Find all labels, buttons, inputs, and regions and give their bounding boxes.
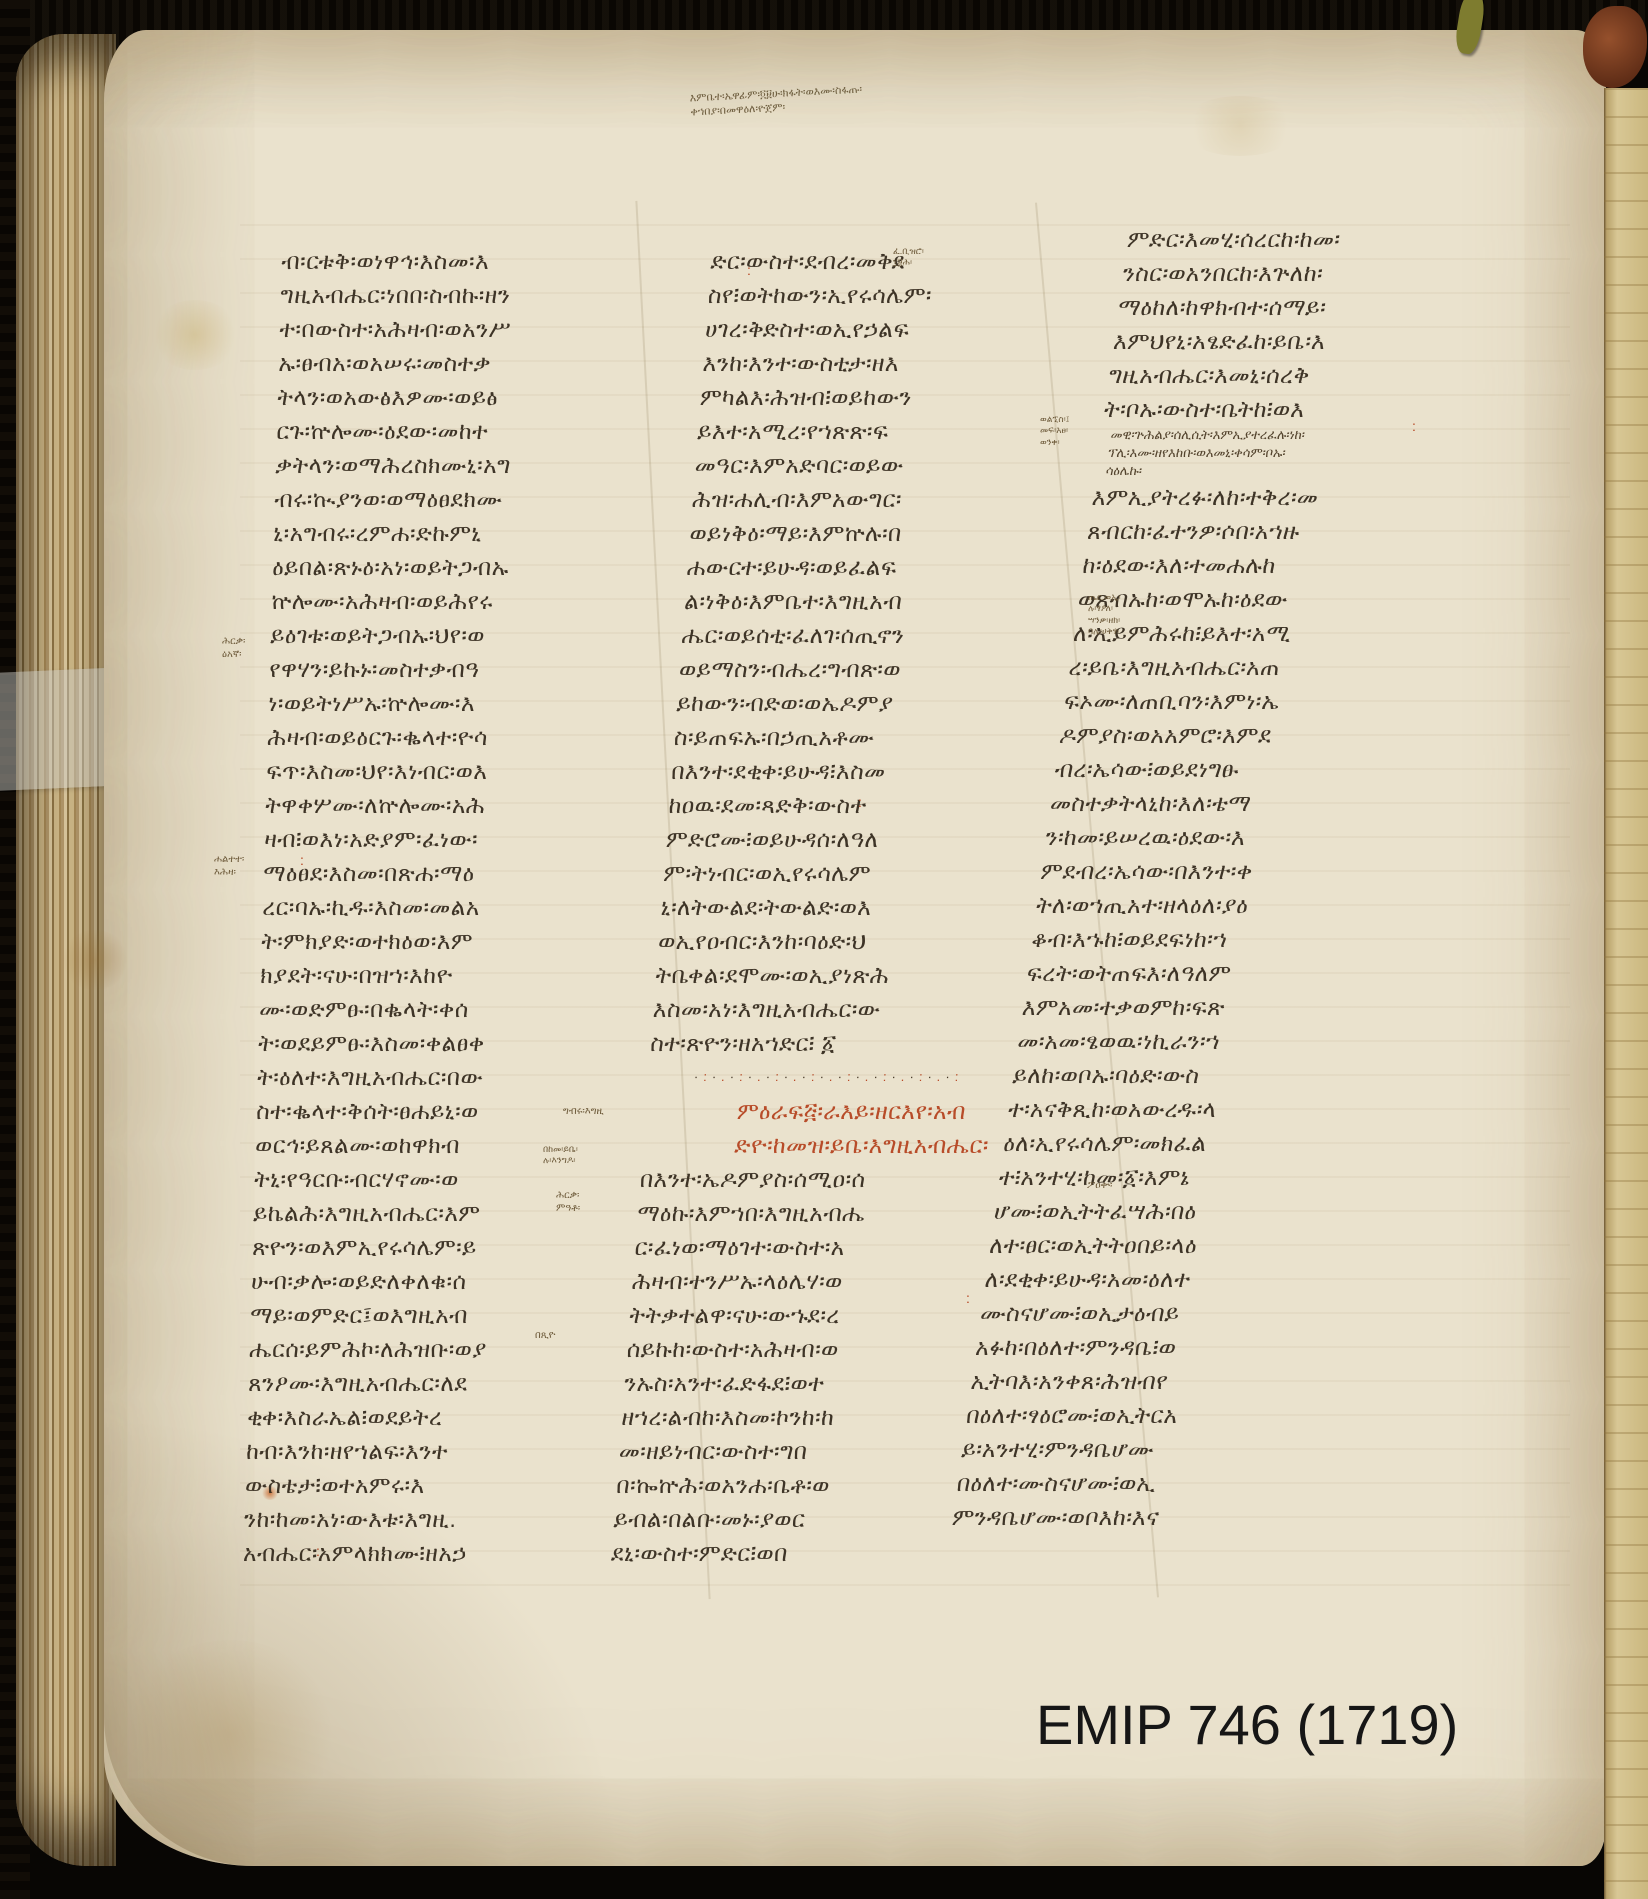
geez-text-line: ግዚአብሔር፡ነበበ፡ስብኩ፡ዘን [280, 278, 701, 312]
geez-text-line: ይ፡አንተሂ፡ምንዳቤሆሙ [960, 1432, 1381, 1466]
chapter-rubric: ምዕራፍ፭፡ራእይ፡ዘርእየ፡አብድዮ፡ከመዝ፡ይቤ፡እግዚአብሔር፡ [641, 1094, 1002, 1162]
left-margin-note: ሐልተተ፡እሕዛ፡ [214, 854, 244, 879]
geez-text-line: ወይነቅዕ፡ማይ፡እምኵሉ፡በ [688, 516, 1047, 550]
geez-text-line: ሆሙ፧ወኢትትፈሣሕ፡በዕ [992, 1194, 1413, 1228]
col3-side-note: ጤር.ወኢ፡ሉ፡ፃዖለ፡ሣንቃ፡ዘክ፡ባሌ፡ሀቅፃ፡ [1088, 592, 1121, 637]
geez-text-line: ብሩ፡ኲያንወ፡ወማዕፀደክሙ [274, 482, 695, 516]
geez-text-line: ለ፡ደቂቀ፡ይሁዳ፡አመ፡ዕለተ [983, 1262, 1404, 1296]
geez-text-line: ዕለ፡ኢየሩሳሌም፡መክፈል [1002, 1126, 1423, 1160]
geez-text-line: በእንተ፡ኤዶምያስ፡ሰሚዐ፡ሰ [639, 1162, 998, 1196]
geez-text-line: አፉከ፡በዕለተ፡ምንዳቤ፧ወ [974, 1330, 1395, 1364]
geez-text-line: እምአመ፡ተቃወምከ፡ፍጽ [1020, 990, 1441, 1024]
geez-text-line: ት፡ወደይምፁ፡እስመ፡ቀልፀቀ [258, 1026, 679, 1060]
geez-text-line: ሰይኩከ፡ውስተ፡አሕዛብ፡ወ [626, 1332, 985, 1366]
geez-text-line: ኢትባእ፡አንቀጸ፡ሕዝብየ [969, 1364, 1390, 1398]
geez-text-line: ትዋቀሦሙ፡ለኵሎሙ፡አሕ [265, 788, 686, 822]
geez-text-line: ንኡስ፡አንተ፡ፈድፋደ፧ወተ [623, 1366, 982, 1400]
geez-text-line: ሕዛብ፡ወይዕርጉ፡ቈላተ፡ዮሳ [267, 720, 688, 754]
interlinear-gloss: መዊ፡ጕሕልያ፡ሰሊሲት፡እምኢያተረፈሉ፡ነከ፡ፕሊ፡እሙ፡ዘየእከቡ፡ወእመ… [1095, 426, 1518, 480]
geez-text-line: ጸንዖሙ፡እግዚአብሔር፡ለደ [248, 1366, 669, 1400]
section-divider-ornament: ·:·.·:·.·:·.·:·.·:·.·:·.·:·.·: [647, 1060, 1006, 1094]
margin-note-line: : [966, 1290, 970, 1308]
geez-text-line: ምንዳቤሆሙ፡ወቦእከ፡እና [950, 1500, 1371, 1534]
col3-upper-block: ምድር፡እመሂ፡ሰረርከ፡ከመ፡ንስር፡ወአንበርከ፡እጕለከ፡ማዕከለ፡ከዋክ… [1102, 222, 1546, 426]
geez-text-line: ፍረት፡ወትጠፍእ፡ለዓለም [1025, 956, 1446, 990]
margin-note-line: ወልኚስ፡፤ [1040, 414, 1069, 425]
margin-note-line: : [1412, 418, 1416, 436]
geez-text-line: ወጸብኡከ፡ወሞኡከ፡ዕደው [1076, 582, 1497, 616]
rubric-line: ምዕራፍ፭፡ራእይ፡ዘርእየ፡አብ [644, 1094, 1003, 1128]
geez-text-line: ዘኀረ፡ልብከ፡እስመ፡ኮንከ፡ከ [620, 1400, 979, 1434]
geez-text-line: ወኢየዐብር፡እንከ፡ባዕድ፡ህ [657, 924, 1016, 958]
gloss-line: ሳዕሌኩ፡ [1095, 462, 1513, 480]
red-ink-mark: : [858, 794, 862, 812]
geez-text-line: ከ፡ዕደው፡እለ፡ተመሐሉከ [1081, 548, 1502, 582]
geez-text-line: ቆብ፡እኁከ፧ወይደፍነከ፡ኀ [1029, 922, 1450, 956]
geez-text-line: ይከውን፡ብድወ፡ወኤዶምያ [675, 686, 1034, 720]
gloss-line: መዊ፡ጕሕልያ፡ሰሊሲት፡እምኢያተረፈሉ፡ነከ፡ [1100, 426, 1518, 444]
geez-text-line: ተ፡በውስተ፡አሕዛብ፡ወአንሥ [279, 312, 700, 346]
left-margin-note: ሕርቃ፡ዕአኛ፡ [222, 636, 245, 661]
geez-text-line: ዶምያስ፡ወአአምሮ፡እምደ [1057, 718, 1478, 752]
geez-text-line: ንስር፡ወአንበርከ፡እጕለከ፡ [1121, 256, 1542, 290]
geez-text-line: ተ፧አንተሂ፡ከመ፡፩፡እምኔ [997, 1160, 1418, 1194]
geez-text-line: ክያደት፡ናሁ፡በዝኀ፡እከዮ [260, 958, 681, 992]
geez-text-line: ስተ፡ቈላተ፡ቅሰት፡ፀሐይኒ፡ወ [256, 1094, 677, 1128]
geez-text-line: ጽዮን፡ወእምኢየሩሳሌም፡ይ [252, 1230, 673, 1264]
geez-text-line: በዕለተ፡ፃዕሮሙ፧ወኢትርአ [964, 1398, 1385, 1432]
margin-note-line: ሣንቃ፡ዘክ፡ [1088, 615, 1121, 626]
gloss-line: ፕሊ፡እሙ፡ዘየእከቡ፡ወእመኒ፡ቀሳም፡ቦኡ፡ [1097, 444, 1515, 462]
geez-text-line: ኡ፡ፀብአ፡ወአሠሩ፡መስተቃ [278, 346, 699, 380]
margin-note-line: በጺዮ [535, 1330, 555, 1343]
geez-text-line: ይእተ፡አሚረ፡የኀጽጽ፡ፍ [696, 414, 1055, 448]
col2-left-note: ሕርቃ፡ምዓቶ፡ [556, 1190, 580, 1215]
margin-note-line: ምዓቶ፡ [556, 1203, 580, 1216]
geez-text-line: ከብ፡እንከ፡ዘየኀልፍ፡እንተ [246, 1434, 667, 1468]
rubric-gloss-note: ግብሩ፡እግዚ [563, 1106, 604, 1119]
geez-text-line: ሔርሰ፡ይምሕኮ፡ለሕዝቡ፡ወያ [249, 1332, 670, 1366]
geez-text-line: ማዕኩ፡እምኀበ፡እግዚአብሔ [636, 1196, 995, 1230]
margin-note-line: ወንቀ፡ [1040, 437, 1069, 448]
geez-text-line: ል፡ነቅዕ፡እምቤተ፡እግዚአብ [683, 584, 1042, 618]
margin-note-line: : [747, 262, 751, 280]
geez-text-line: ከዐዉ፡ደመ፡ጻድቅ፡ውስተ [668, 788, 1027, 822]
geez-text-line: እስመ፡አነ፡እግዚአብሔር፡ው [652, 992, 1011, 1026]
geez-text-line: ት፡ዕለተ፡እግዚአብሔር፡በው [257, 1060, 678, 1094]
geez-text-line: ለ፡ኢይምሕሩከ፧ይእተ፡አሚ [1071, 616, 1492, 650]
margin-note-line: ፈ.ቢዝሮ፡ [893, 246, 924, 257]
geez-text-line: ትትቃተልዋ፡ናሁ፡ውኁደ፡ረ [628, 1298, 987, 1332]
geez-text-line: ጸብርከ፡ፈተንዎ፡ሶበ፡አኀዙ [1085, 514, 1506, 548]
geez-text-line: ትላን፡ወአውፅእዎሙ፡ወይፅ [277, 380, 698, 414]
geez-text-line: ት፡ቦኡ፡ውስተ፡ቤትከ፧ወእ [1102, 392, 1523, 426]
geez-text-line: ም፡ትነብር፡ወኢየሩሳሌም [662, 856, 1021, 890]
geez-text-line: ስተ፡ጽዮን፡ዘአኀድር፧ ፩ [649, 1026, 1008, 1060]
geez-text-line: ት፡ምክያድ፡ወተክዕወ፡እም [261, 924, 682, 958]
geez-text-line: ግዚአብሔር፡እመኒ፡ሰረቅ [1107, 358, 1528, 392]
geez-text-line: ውስቴታ፧ወተአምሩ፡እ [245, 1468, 666, 1502]
photo-stage: ብ፡ርቱቅ፡ወነዋኅ፡እስመ፡እግዚአብሔር፡ነበበ፡ስብኩ፡ዘንተ፡በውስተ፡… [0, 0, 1648, 1899]
geez-text-line: ትኒ፡የዓርቡ፡ብርሃኖሙ፡ወ [254, 1162, 675, 1196]
margin-note-line: ጤር.ወኢ፡ [1088, 592, 1121, 603]
geez-text-line: ምድሮሙ፧ወይሁዳሰ፡ለዓለ [665, 822, 1024, 856]
geez-text-line: ሙስናሆሙ፧ወኢታዕብይ [978, 1296, 1399, 1330]
geez-text-line: ኒ፡ለትውልደ፡ትውልድ፡ወእ [660, 890, 1019, 924]
geez-text-line: ይኬልሕ፡እግዚአብሔር፡እም [253, 1196, 674, 1230]
margin-note-line: ፲፱ሕ፡ [893, 257, 924, 268]
geez-text-line: ኒ፡አግብሩ፡ረምሐ፡ድኩምኒ [273, 516, 694, 550]
geez-text-line: እምኢያትረፉ፡ለከ፡ተቅረ፡መ [1090, 480, 1511, 514]
geez-text-line: ኵሎሙ፡አሕዛብ፡ወይሕየሩ [271, 584, 692, 618]
geez-text-line: ደኒ፡ውስተ፡ምድር፧ወበ [610, 1536, 969, 1570]
rubric-gloss-note: በከመ፡ይቤ፡ሉ፡እንግዶ፡ [543, 1144, 578, 1167]
geez-text-line: ዛብ፧ወእነ፡አድያም፡ፈነው፡ [264, 822, 685, 856]
geez-text-line: በ፡ኰኵሕ፡ወአንሐ፡ቤቶ፡ወ [615, 1468, 974, 1502]
geez-text-line: ፍኦሙ፡ለጠቢባን፡እምነ፡ኤ [1062, 684, 1483, 718]
intercolumn-note: ፈ.ቢዝሮ፡፲፱ሕ፡ [893, 246, 924, 269]
red-ink-mark: : [1412, 418, 1416, 436]
margin-note-line: ሕርቃ፡ [556, 1190, 580, 1203]
geez-text-line: ሙ፡ወድምፁ፡በቈላት፡ቀሰ [259, 992, 680, 1026]
geez-text-line: ርጉ፡ኵሎሙ፡ዕደው፡መከተ [276, 414, 697, 448]
geez-text-line: ለተ፡ፀር፡ወኢትትዐበይ፡ላዕ [988, 1228, 1409, 1262]
margin-note-line: ሉ፡ፃዖለ፡ [1088, 603, 1121, 614]
geez-text-line: ማዕከለ፡ከዋክብተ፡ሰማይ፡ [1116, 290, 1537, 324]
facing-page-ruling [1604, 88, 1648, 1899]
facing-page-edge [1604, 88, 1648, 1899]
geez-text-line: ተ፡አናቅጺከ፡ወአውረዱ፡ላ [1006, 1092, 1427, 1126]
margin-note-line: : [858, 794, 862, 812]
geez-text-line: መዓር፡እምአድባር፡ወይው [694, 448, 1053, 482]
geez-text-line: ምደብረ፡ኤሳው፡በእንተ፡ቀ [1039, 854, 1460, 888]
geez-text-line: ረ፡ይቤ፡እግዚአብሔር፡አጠ [1067, 650, 1488, 684]
book-page-stack-edge [16, 34, 116, 1866]
red-ink-mark: : [300, 852, 304, 870]
geez-text-line: እንከ፡እንተ፡ውስቲታ፡ዘእ [702, 346, 1061, 380]
col3-left-note: ፖዐቍ፡ [1087, 1180, 1112, 1193]
margin-note-line: መፍ፡አፀ፡ [1040, 425, 1069, 436]
divider-mark: : [954, 1069, 964, 1084]
col2-left-note: በጺዮ [535, 1330, 555, 1343]
geez-text-line: ወይማስን፡ብሔረ፡ግብጽ፡ወ [678, 652, 1037, 686]
rubric-line: ድዮ፡ከመዝ፡ይቤ፡እግዚአብሔር፡ [641, 1128, 1000, 1162]
geez-text-line: ፍጥ፡እስመ፡ህየ፡እነብር፡ወእ [266, 754, 687, 788]
margin-note-line: : [316, 1543, 320, 1561]
geez-text-line: ማዕፀደ፡እስመ፡በጽሐ፡ማዕ [263, 856, 684, 890]
geez-text-line: መስተቃትላኒከ፡እለ፡ቴማ [1048, 786, 1469, 820]
geez-text-line: ይብል፡በልቡ፡መኑ፡ያወር [613, 1502, 972, 1536]
geez-text-line: ምድር፡እመሂ፡ሰረርከ፡ከመ፡ [1125, 222, 1546, 256]
margin-note-line: ፖዐቍ፡ [1087, 1180, 1112, 1193]
geez-text-line: ዕይበል፡ጽኑዕ፡አነ፡ወይትጋብኡ [272, 550, 693, 584]
geez-text-line: ብረ፡ኤሳው፧ወይደነግፁ [1053, 752, 1474, 786]
leather-binding-corner [1583, 6, 1647, 88]
geez-text-line: መ፡አመ፡ፄወዉ፡ነኪራን፡ኀ [1015, 1024, 1436, 1058]
geez-text-line: መ፡ዘይነብር፡ውስተ፡ግበ [618, 1434, 977, 1468]
margin-note-line: ዕአኛ፡ [222, 649, 245, 662]
geez-text-line: አብሔር፡አምላክክሙ፧ዘአኃ [243, 1536, 664, 1570]
col2-upper-block: ድር፡ውስተ፡ደብረ፡መቅደስየ፧ወትከውን፡ኢየሩሳሌም፡ሀገረ፡ቅድስተ፡ወ… [649, 244, 1068, 1060]
geez-text-line: ረር፡ባኡ፡ኪዱ፡እስመ፡መልአ [262, 890, 683, 924]
margin-note-line: ባሌ፡ሀቅፃ፡ [1088, 626, 1121, 637]
geez-text-line: ቃትላን፡ወማሕረስክሙኒ፡አግ [275, 448, 696, 482]
geez-text-line: የዋሃን፡ይኩኑ፡መስተቃብዓ [269, 652, 690, 686]
margin-note-line: በከመ፡ይቤ፡ [543, 1144, 578, 1155]
emip-catalog-label: EMIP 746 (1719) [1036, 1692, 1458, 1757]
geez-text-line: ሐውርተ፡ይሁዳ፡ወይፈልፍ [686, 550, 1045, 584]
geez-text-line: ትለ፡ወኀጢአተ፡ዘላዕለ፡ያዕ [1034, 888, 1455, 922]
geez-text-line: ቂቀ፡እስራኤል፧ወደይትረ [247, 1400, 668, 1434]
red-ink-mark: : [747, 262, 751, 280]
red-ink-mark: : [316, 1543, 320, 1561]
geez-text-line: በዕለተ፡ሙስናሆሙ፧ወኢ [955, 1466, 1376, 1500]
geez-text-line: ምካልእ፡ሕዝብ፧ወይከውን [699, 380, 1058, 414]
margin-note-line: ግብሩ፡እግዚ [563, 1106, 604, 1119]
margin-note-line: ሐልተተ፡ [214, 854, 244, 867]
geez-text-line: ስ፡ይጠፍኡ፡በኃጢአቶሙ [673, 720, 1032, 754]
geez-text-line: ን፡ከመ፡ይሠረዉ፡ዕደው፡እ [1043, 820, 1464, 854]
margin-note-line: ሉ፡እንግዶ፡ [543, 1155, 578, 1166]
geez-text-line: ስየ፧ወትከውን፡ኢየሩሳሌም፡ [707, 278, 1066, 312]
geez-text-line: ይዕገቱ፡ወይትጋብኡ፡ህየ፡ወ [270, 618, 691, 652]
geez-text-line: ንከ፡ከመ፡አነ፡ውእቱ፡እግዚ. [244, 1502, 665, 1536]
geez-text-line: ብ፡ርቱቅ፡ወነዋኅ፡እስመ፡እ [281, 244, 702, 278]
geez-text-line: ነ፡ወይትነሥኡ፡ኵሎሙ፡እ [268, 686, 689, 720]
geez-text-line: እምህየኒ፡አፄድፈከ፡ይቤ፡እ [1111, 324, 1532, 358]
geez-text-line: ማይ፡ወምድር፤ወእግዚአብ [250, 1298, 671, 1332]
red-ink-mark: : [966, 1290, 970, 1308]
margin-note-line: እሕዛ፡ [214, 867, 244, 880]
col3-side-note: ወልኚስ፡፤መፍ፡አፀ፡ወንቀ፡ [1040, 414, 1069, 448]
margin-note-line: ሕርቃ፡ [222, 636, 245, 649]
col2-lower-block: በእንተ፡ኤዶምያስ፡ሰሚዐ፡ሰማዕኩ፡እምኀበ፡እግዚአብሔር፡ፈነወ፡ማዕገ… [610, 1162, 997, 1570]
geez-text-line: በእንተ፡ደቂቀ፡ይሁዳ፧እስመ [670, 754, 1029, 788]
geez-text-line: ወርኅ፡ይጸልሙ፡ወከዋክብ [255, 1128, 676, 1162]
geez-text-line: ሀገረ፡ቅድስተ፡ወኢየኃልፍ [704, 312, 1063, 346]
geez-text-line: ሔር፡ወይሰቲ፡ፈለገ፡ሰጢኖን [681, 618, 1040, 652]
geez-text-line: ር፡ፈነወ፡ማዕገተ፡ውስተ፡አ [634, 1230, 993, 1264]
geez-text-line: ትቤቀል፡ደሞሙ፡ወኢያነጽሕ [654, 958, 1013, 992]
margin-note-line: : [300, 852, 304, 870]
geez-text-line: ሁብ፡ቃሎ፡ወይድለቀለቁ፡ሰ [251, 1264, 672, 1298]
geez-text-line: ድር፡ውስተ፡ደብረ፡መቅደ [709, 244, 1068, 278]
geez-text-line: ሕዝ፡ሐሊብ፡እምአውግር፡ [691, 482, 1050, 516]
geez-text-line: ይለከ፡ወቦኡ፡ባዕድ፡ውስ [1011, 1058, 1432, 1092]
geez-text-line: ሕዛብ፡ተንሥኡ፡ላዕሌሃ፡ወ [631, 1264, 990, 1298]
